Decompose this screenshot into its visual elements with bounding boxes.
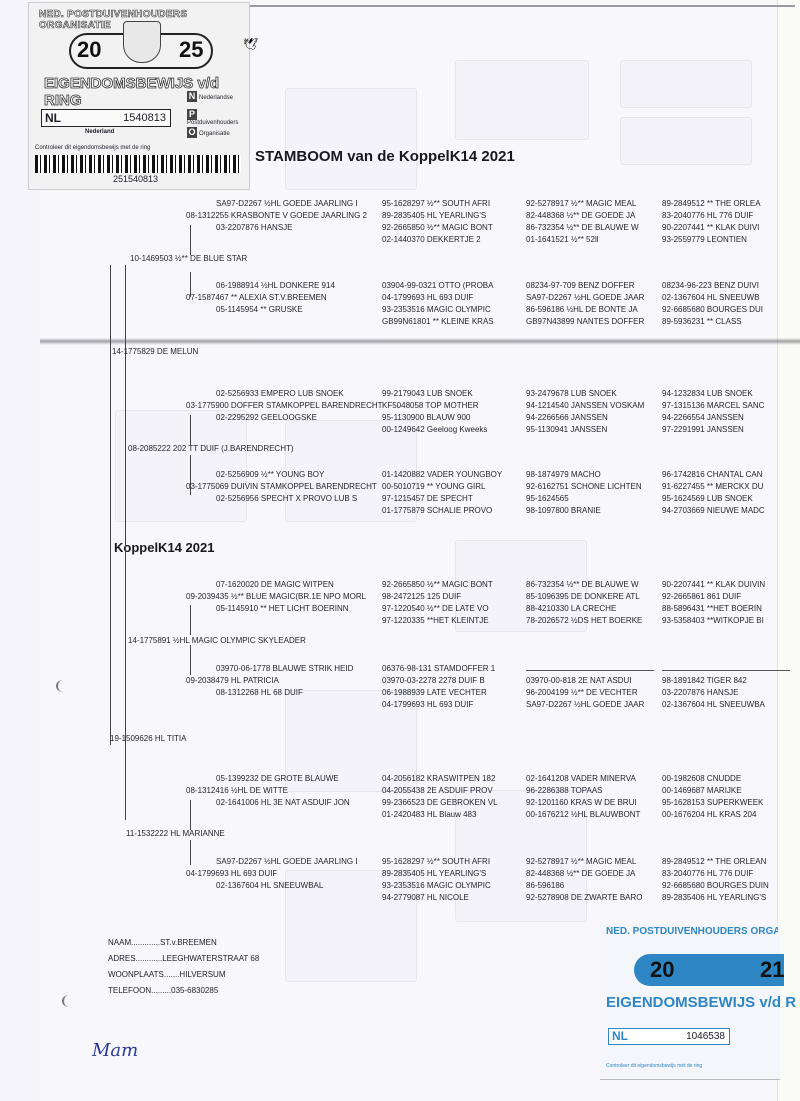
- pedigree-entry: 01-2420483 HL Blauw 483: [382, 810, 476, 819]
- barcode: [35, 155, 241, 173]
- pedigree-entry: SA97-D2267 ½HL GOEDE JAAR: [526, 700, 644, 709]
- pedigree-entry: 98-1891842 TIGER 842: [662, 676, 747, 685]
- pedigree-entry: 07-1620020 DE MAGIC WITPEN: [216, 580, 334, 589]
- pedigree-entry: 86-732354 ½** DE BLAUWE W: [526, 580, 639, 589]
- pedigree-entry: 89-2835406 HL YEARLING'S: [662, 893, 766, 902]
- control-text: Controleer dit eigendomsbewijs met de ri…: [606, 1063, 702, 1069]
- pedigree-entry: 07-1587467 ** ALEXIA ST.V.BREEMEN: [186, 293, 327, 302]
- pedigree-entry: 98-1874979 MACHO: [526, 470, 601, 479]
- dove-icon: 🕊: [243, 37, 258, 51]
- pedigree-entry: 95-1624569 LUB SNOEK: [662, 494, 753, 503]
- owner-phone: TELEFOON.........035-6830285: [108, 986, 218, 995]
- owner-city: WOONPLAATS.......HILVERSUM: [108, 970, 226, 979]
- country-code: NL: [45, 111, 61, 125]
- pedigree-main-entry: 08-2085222 202 TT DUIF (J.BARENDRECHT): [128, 444, 294, 453]
- pedigree-entry: 85-1096395 DE DONKERE ATL: [526, 592, 640, 601]
- ring-number-box: NL 1540813: [41, 109, 171, 127]
- pedigree-entry: 99-2179043 LUB SNOEK: [382, 389, 473, 398]
- pedigree-entry: 08-1312268 HL 68 DUIF: [216, 688, 303, 697]
- pedigree-entry: 02-1367604 HL SNEEUWBAL: [216, 881, 323, 890]
- pedigree-entry: 86-732354 ½** DE BLAUWE W: [526, 223, 639, 232]
- country-code: NL: [612, 1029, 628, 1043]
- npo-line: NNederlandse: [187, 91, 233, 102]
- blank-entry-line: [662, 670, 790, 671]
- pedigree-entry: 92-2665861 861 DUIF: [662, 592, 741, 601]
- barcode-number: 251540813: [113, 174, 158, 184]
- pedigree-entry: 92-5278917 ½** MAGIC MEAL: [526, 857, 636, 866]
- pedigree-entry: 06376-98-131 STAMDOFFER 1: [382, 664, 495, 673]
- pedigree-entry: 02-1641208 VADER MINERVA: [526, 774, 636, 783]
- pedigree-entry: 04-2055438 2E ASDUIF PROV: [382, 786, 493, 795]
- owner-name: NAAM.............ST.v.BREEMEN: [108, 938, 217, 947]
- pedigree-entry: 03-2207876 HANSJE: [216, 223, 293, 232]
- pedigree-entry: 02-1641006 HL 3E NAT ASDUIF JON: [216, 798, 350, 807]
- pedigree-entry: 89-5936231 ** CLASS: [662, 317, 742, 326]
- year-right: 25: [179, 37, 203, 63]
- year-right: 21: [760, 957, 784, 983]
- pedigree-entry: 04-1799693 HL 693 DUIF: [382, 293, 473, 302]
- pedigree-entry: 03970-06-1778 BLAUWE STRIK HEID: [216, 664, 353, 673]
- pedigree-entry: 00-1469687 MARIJKE: [662, 786, 742, 795]
- pedigree-entry: 88-4210330 LA CRECHE: [526, 604, 616, 613]
- ghost-box: [115, 410, 247, 522]
- stamp-header: NED. POSTDUIVENHOUDERS ORGANIS: [606, 926, 778, 937]
- pedigree-entry: 01-1420882 VADER YOUNGBOY: [382, 470, 502, 479]
- pedigree-entry: 94-2703669 NIEUWE MADC: [662, 506, 765, 515]
- pedigree-entry: GB97N43899 NANTES DOFFER: [526, 317, 644, 326]
- pedigree-entry: 02-5256956 SPECHT X PROVO LUB S: [216, 494, 357, 503]
- pedigree-entry: 02-5256909 ½** YOUNG BOY: [216, 470, 324, 479]
- pedigree-entry: 97-2291991 JANSSEN: [662, 425, 744, 434]
- npo-line: PPostduivenhouders: [187, 109, 249, 126]
- pedigree-entry: 92-1201160 KRAS W DE BRUI: [526, 798, 637, 807]
- pedigree-entry: 92-2665850 ½** MAGIC BONT: [382, 580, 493, 589]
- pedigree-entry: 04-1799693 HL 693 DUIF: [382, 700, 473, 709]
- pedigree-entry: 06-1988914 ½HL DONKERE 914: [216, 281, 335, 290]
- pedigree-entry: 96-1742816 CHANTAL CAN: [662, 470, 763, 479]
- pedigree-entry: 90-2207441 ** KLAK DUIVI: [662, 223, 759, 232]
- pedigree-entry: 02-1440370 DEKKERTJE 2: [382, 235, 481, 244]
- pedigree-entry: 04-2056182 KRASWITPEN 182: [382, 774, 495, 783]
- connector-line: [190, 415, 191, 445]
- owner-address: ADRES............LEEGHWATERSTRAAT 68: [108, 954, 259, 963]
- paper-edge: [777, 0, 800, 1101]
- pedigree-entry: 95-1628297 ½** SOUTH AFRI: [382, 199, 490, 208]
- pedigree-entry: 89-2835405 HL YEARLING'S: [382, 211, 486, 220]
- pedigree-entry: 94-2779087 HL NICOLE: [382, 893, 469, 902]
- pedigree-entry: 98-2472125 125 DUIF: [382, 592, 461, 601]
- punch-hole-mark: [62, 995, 76, 1007]
- ring-number-box: NL 1046538: [608, 1028, 730, 1045]
- pedigree-entry: SA97-D2267 ½HL GOEDE JAAR: [526, 293, 644, 302]
- control-text: Controleer dit eigendomsbewijs met de ri…: [35, 145, 150, 151]
- pedigree-entry: 95-1628297 ½** SOUTH AFRI: [382, 857, 490, 866]
- pedigree-entry: 03970-00-818 2E NAT ASDUI: [526, 676, 632, 685]
- pedigree-entry: 93-2353516 MAGIC OLYMPIC: [382, 305, 491, 314]
- pedigree-entry: 94-1232834 LUB SNOEK: [662, 389, 753, 398]
- pedigree-entry: 95-1624565: [526, 494, 569, 503]
- pedigree-entry: 08234-97-709 BENZ DOFFER: [526, 281, 635, 290]
- pedigree-entry: 93-5358403 **WITKOPJE BI: [662, 616, 764, 625]
- pedigree-entry: 83-2040776 HL 776 DUIF: [662, 211, 753, 220]
- pedigree-entry: 97-1220335 **HET KLEINTJE: [382, 616, 489, 625]
- page-title: STAMBOOM van de KoppelK14 2021: [255, 148, 515, 165]
- pedigree-entry: SA97-D2267 ½HL GOEDE JAARLING I: [216, 857, 358, 866]
- pedigree-entry: 03904-99-0321 OTTO (PROBA: [382, 281, 493, 290]
- pedigree-entry: 01-1641521 ½** 52ll: [526, 235, 599, 244]
- pedigree-entry: 95-1130900 BLAUW 900: [382, 413, 470, 422]
- pedigree-main-entry: 10-1469503 ½** DE BLUE STAR: [130, 254, 247, 263]
- ownership-certificate-2021: NED. POSTDUIVENHOUDERS ORGANIS 20 21 EIG…: [600, 924, 780, 1080]
- pedigree-entry: 92-6685680 BOURGES DUI: [662, 305, 763, 314]
- pedigree-entry: 06-1988939 LATE VECHTER: [382, 688, 487, 697]
- pedigree-entry: 89-2849512 ** THE ORLEAN: [662, 857, 766, 866]
- pedigree-entry: 94-2266566 JANSSEN: [526, 413, 608, 422]
- year-left: 20: [650, 957, 674, 983]
- pedigree-entry: 97-1315136 MARCEL SANC: [662, 401, 764, 410]
- ghost-box: [455, 60, 589, 140]
- handwritten-signature: Mam: [92, 1040, 138, 1061]
- ownership-certificate-2025: NED. POSTDUIVENHOUDERS ORGANISATIE 20 25…: [28, 2, 250, 190]
- pedigree-entry: 09-2039435 ½** BLUE MAGIC(BR.1E NPO MORL: [186, 592, 366, 601]
- pedigree-entry: 95-1628153 SUPERKWEEK: [662, 798, 763, 807]
- pedigree-entry: 92-6685680 BOURGES DUIN: [662, 881, 769, 890]
- scan-smear: [40, 338, 800, 345]
- pedigree-entry: 00-1676212 ½HL BLAUWBONT: [526, 810, 640, 819]
- connector-line: [190, 605, 191, 635]
- connector-line: [190, 225, 191, 255]
- pedigree-entry: 78-2026572 ½DS HET BOERKE: [526, 616, 642, 625]
- pedigree-entry: 95-1130941 JANSSEN: [526, 425, 607, 434]
- pedigree-entry: KF5048058 TOP MOTHER: [382, 401, 479, 410]
- pedigree-entry: 08-1312416 ½HL DE WITTE: [186, 786, 288, 795]
- pedigree-entry: GB99N61801 ** KLEINE KRAS: [382, 317, 494, 326]
- pedigree-entry: 92-2665850 ½** MAGIC BONT: [382, 223, 493, 232]
- pedigree-entry: 03970-03-2278 2278 DUIF B: [382, 676, 485, 685]
- pedigree-entry: 91-6227455 ** MERCKX DU: [662, 482, 763, 491]
- pedigree-entry: 83-2040776 HL 776 DUIF: [662, 869, 753, 878]
- pedigree-entry: 82-448368 ½** DE GOEDE JA: [526, 211, 635, 220]
- ghost-box: [620, 60, 752, 108]
- pedigree-entry: SA97-D2267 ½HL GOEDE JAARLING I: [216, 199, 358, 208]
- pedigree-entry: 03-1775900 DOFFER STAMKOPPEL BARENDRECHT: [186, 401, 383, 410]
- pedigree-entry: 08-1312255 KRASBONTE V GOEDE JAARLING 2: [186, 211, 367, 220]
- ring-number: 1540813: [123, 112, 166, 124]
- year-left: 20: [77, 37, 101, 63]
- pedigree-entry: 09-2038479 HL PATRICIA: [186, 676, 279, 685]
- crest-icon: [123, 21, 161, 63]
- pedigree-entry: 02-1367604 HL SNEEUWBA: [662, 700, 765, 709]
- pedigree-entry: 00-1982608 CNUDDE: [662, 774, 741, 783]
- pedigree-entry: 97-1215457 DE SPECHT: [382, 494, 473, 503]
- pedigree-entry: 94-2266554 JANSSEN: [662, 413, 744, 422]
- npo-line: OOrganisatie: [187, 127, 230, 138]
- ghost-box: [285, 88, 417, 190]
- pedigree-entry: 02-5256933 EMPERO LUB SNOEK: [216, 389, 344, 398]
- pedigree-entry: 89-2835405 HL YEARLING'S: [382, 869, 486, 878]
- pedigree-entry: 05-1145954 ** GRUSKE: [216, 305, 303, 314]
- connector-line: [190, 645, 191, 675]
- pedigree-entry: 03-1775069 DUIVIN STAMKOPPEL BARENDRECHT: [186, 482, 377, 491]
- pedigree-entry: 97-1220540 ½** DE LATE VO: [382, 604, 489, 613]
- ring-number: 1046538: [686, 1031, 725, 1042]
- blank-entry-line: [526, 670, 654, 671]
- top-rule: [250, 5, 795, 7]
- pedigree-entry: 86-596186: [526, 881, 564, 890]
- pedigree-entry: 86-596186 ½HL DE BONTE JA: [526, 305, 638, 314]
- pedigree-entry: 98-1097800 BRANIE: [526, 506, 601, 515]
- pedigree-entry: 92-5278917 ½** MAGIC MEAL: [526, 199, 636, 208]
- pedigree-entry: 02-2295292 GEELOOGSKE: [216, 413, 317, 422]
- section-title: KoppelK14 2021: [114, 540, 214, 555]
- connector-line: [190, 800, 191, 830]
- pedigree-main-entry: 11-1532222 HL MARIANNE: [126, 829, 225, 838]
- pedigree-entry: 99-2366523 DE GEBROKEN VL: [382, 798, 498, 807]
- pedigree-entry: 94-1214540 JANSSEN VOSKAM: [526, 401, 644, 410]
- pedigree-entry: 92-6162751 SCHONE LICHTEN: [526, 482, 642, 491]
- pedigree-entry: 93-2479678 LUB SNOEK: [526, 389, 617, 398]
- stamp-title: EIGENDOMSBEWIJS v/d R: [606, 994, 796, 1011]
- pedigree-main-entry: 14-1775829 DE MELUN: [112, 347, 198, 356]
- pedigree-entry: 00-5010719 ** YOUNG GIRL: [382, 482, 485, 491]
- pedigree-main-entry: 14-1775891 ½HL MAGIC OLYMPIC SKYLEADER: [128, 636, 306, 645]
- pedigree-entry: 04-1799693 HL 693 DUIF: [186, 869, 277, 878]
- pedigree-entry: 96-2004199 ½** DE VECHTER: [526, 688, 638, 697]
- pedigree-entry: 96-2286388 TOPAAS: [526, 786, 603, 795]
- nederland-label: Nederland: [85, 129, 114, 135]
- pedigree-main-entry: 19-1509626 HL TITIA: [110, 734, 187, 743]
- connector-line: [190, 840, 191, 865]
- pedigree-entry: 00-1249642 Geeloog Kweeks: [382, 425, 487, 434]
- punch-hole-mark: [56, 680, 70, 692]
- pedigree-entry: 01-1775879 SCHALIE PROVO: [382, 506, 492, 515]
- ghost-box: [620, 117, 752, 165]
- pedigree-entry: 02-1367604 HL SNEEUWB: [662, 293, 760, 302]
- pedigree-entry: 82-448368 ½** DE GOEDE JA: [526, 869, 635, 878]
- pedigree-entry: 05-1399232 DE GROTE BLAUWE: [216, 774, 339, 783]
- pedigree-entry: 05-1145910 ** HET LICHT BOERINN: [216, 604, 349, 613]
- pedigree-entry: 00-1676204 HL KRAS 204: [662, 810, 756, 819]
- pedigree-entry: 90-2207441 ** KLAK DUIVIN: [662, 580, 765, 589]
- pedigree-entry: 92-5278908 DE ZWARTE BARO: [526, 893, 643, 902]
- pedigree-entry: 89-2849512 ** THE ORLEA: [662, 199, 761, 208]
- connector-line: [110, 265, 111, 745]
- pedigree-entry: 93-2353516 MAGIC OLYMPIC: [382, 881, 491, 890]
- pedigree-entry: 93-2559779 LEONTIEN: [662, 235, 747, 244]
- pedigree-entry: 88-5896431 **HET BOERIN: [662, 604, 762, 613]
- pedigree-entry: 03-2207876 HANSJE: [662, 688, 739, 697]
- pedigree-entry: 08234-96-223 BENZ DUIVI: [662, 281, 759, 290]
